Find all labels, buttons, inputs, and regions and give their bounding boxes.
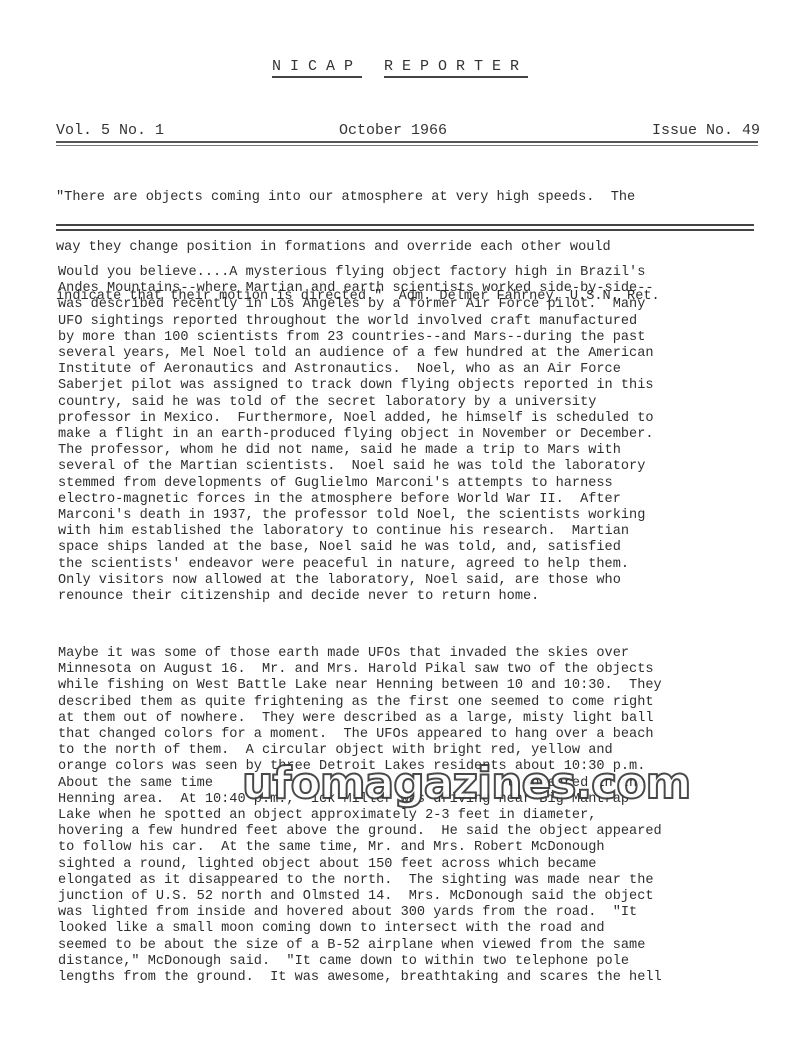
article-line: hovering a few hundred feet above the gr… (58, 824, 778, 840)
article-line: described them as quite frightening as t… (58, 695, 778, 711)
section-divider (56, 224, 754, 231)
masthead-word-reporter: REPORTER (384, 58, 528, 78)
article-line: make a flight in an earth-produced flyin… (58, 427, 778, 443)
newsletter-masthead: NICAPREPORTER (0, 58, 800, 75)
article-line: by more than 100 scientists from 23 coun… (58, 330, 778, 346)
article-line: sighted a round, lighted object about 15… (58, 857, 778, 873)
article-line: several years, Mel Noel told an audience… (58, 346, 778, 362)
article-line: at them out of nowhere. They were descri… (58, 711, 778, 727)
article-line: looked like a small moon coming down to … (58, 921, 778, 937)
article-line: with him established the laboratory to c… (58, 524, 778, 540)
header-rule (56, 141, 758, 143)
article-line: renounce their citizenship and decide ne… (58, 589, 778, 605)
article-line: several of the Martian scientists. Noel … (58, 459, 778, 475)
quote-line: way they change position in formations a… (56, 240, 776, 257)
article-line: Andes Mountains--where Martian and earth… (58, 281, 778, 297)
article-line: distance," McDonough said. "It came down… (58, 954, 778, 970)
article-line: space ships landed at the base, Noel sai… (58, 540, 778, 556)
article-line: Saberjet pilot was assigned to track dow… (58, 378, 778, 394)
article-line: seemed to be about the size of a B-52 ai… (58, 938, 778, 954)
article-line: professor in Mexico. Furthermore, Noel a… (58, 411, 778, 427)
article-minnesota-sightings: Maybe it was some of those earth made UF… (58, 646, 778, 986)
article-line: Lake when he spotted an object approxima… (58, 808, 778, 824)
article-line: Would you believe....A mysterious flying… (58, 265, 778, 281)
masthead-word-nicap: NICAP (272, 58, 362, 78)
article-line: Marconi's death in 1937, the professor t… (58, 508, 778, 524)
watermark-text: ufomagazines.com (242, 758, 690, 809)
article-line: The professor, whom he did not name, sai… (58, 443, 778, 459)
issue-info-line: Vol. 5 No. 1 October 1966 Issue No. 49 (56, 122, 756, 142)
article-line: that changed colors for a moment. The UF… (58, 727, 778, 743)
article-line: elongated as it disappeared to the north… (58, 873, 778, 889)
article-line: was lighted from inside and hovered abou… (58, 905, 778, 921)
article-line: the scientists' endeavor were peaceful i… (58, 557, 778, 573)
article-line: junction of U.S. 52 north and Olmsted 14… (58, 889, 778, 905)
article-line: lengths from the ground. It was awesome,… (58, 970, 778, 986)
article-line: stemmed from developments of Guglielmo M… (58, 476, 778, 492)
article-line: Maybe it was some of those earth made UF… (58, 646, 778, 662)
article-line: UFO sightings reported throughout the wo… (58, 314, 778, 330)
article-line: Institute of Aeronautics and Astronautic… (58, 362, 778, 378)
article-line: to the north of them. A circular object … (58, 743, 778, 759)
article-line: was described recently in Los Angeles by… (58, 297, 778, 313)
article-line: electro-magnetic forces in the atmospher… (58, 492, 778, 508)
article-line: country, said he was told of the secret … (58, 395, 778, 411)
volume-number: Vol. 5 No. 1 (56, 122, 164, 139)
header-rule-thin (56, 145, 758, 146)
issue-date: October 1966 (339, 122, 447, 139)
issue-number: Issue No. 49 (652, 122, 760, 139)
article-line: Only visitors now allowed at the laborat… (58, 573, 778, 589)
article-brazil-factory: Would you believe....A mysterious flying… (58, 265, 778, 605)
quote-line: "There are objects coming into our atmos… (56, 190, 776, 207)
article-line: while fishing on West Battle Lake near H… (58, 678, 778, 694)
article-line: Minnesota on August 16. Mr. and Mrs. Har… (58, 662, 778, 678)
article-line: to follow his car. At the same time, Mr.… (58, 840, 778, 856)
